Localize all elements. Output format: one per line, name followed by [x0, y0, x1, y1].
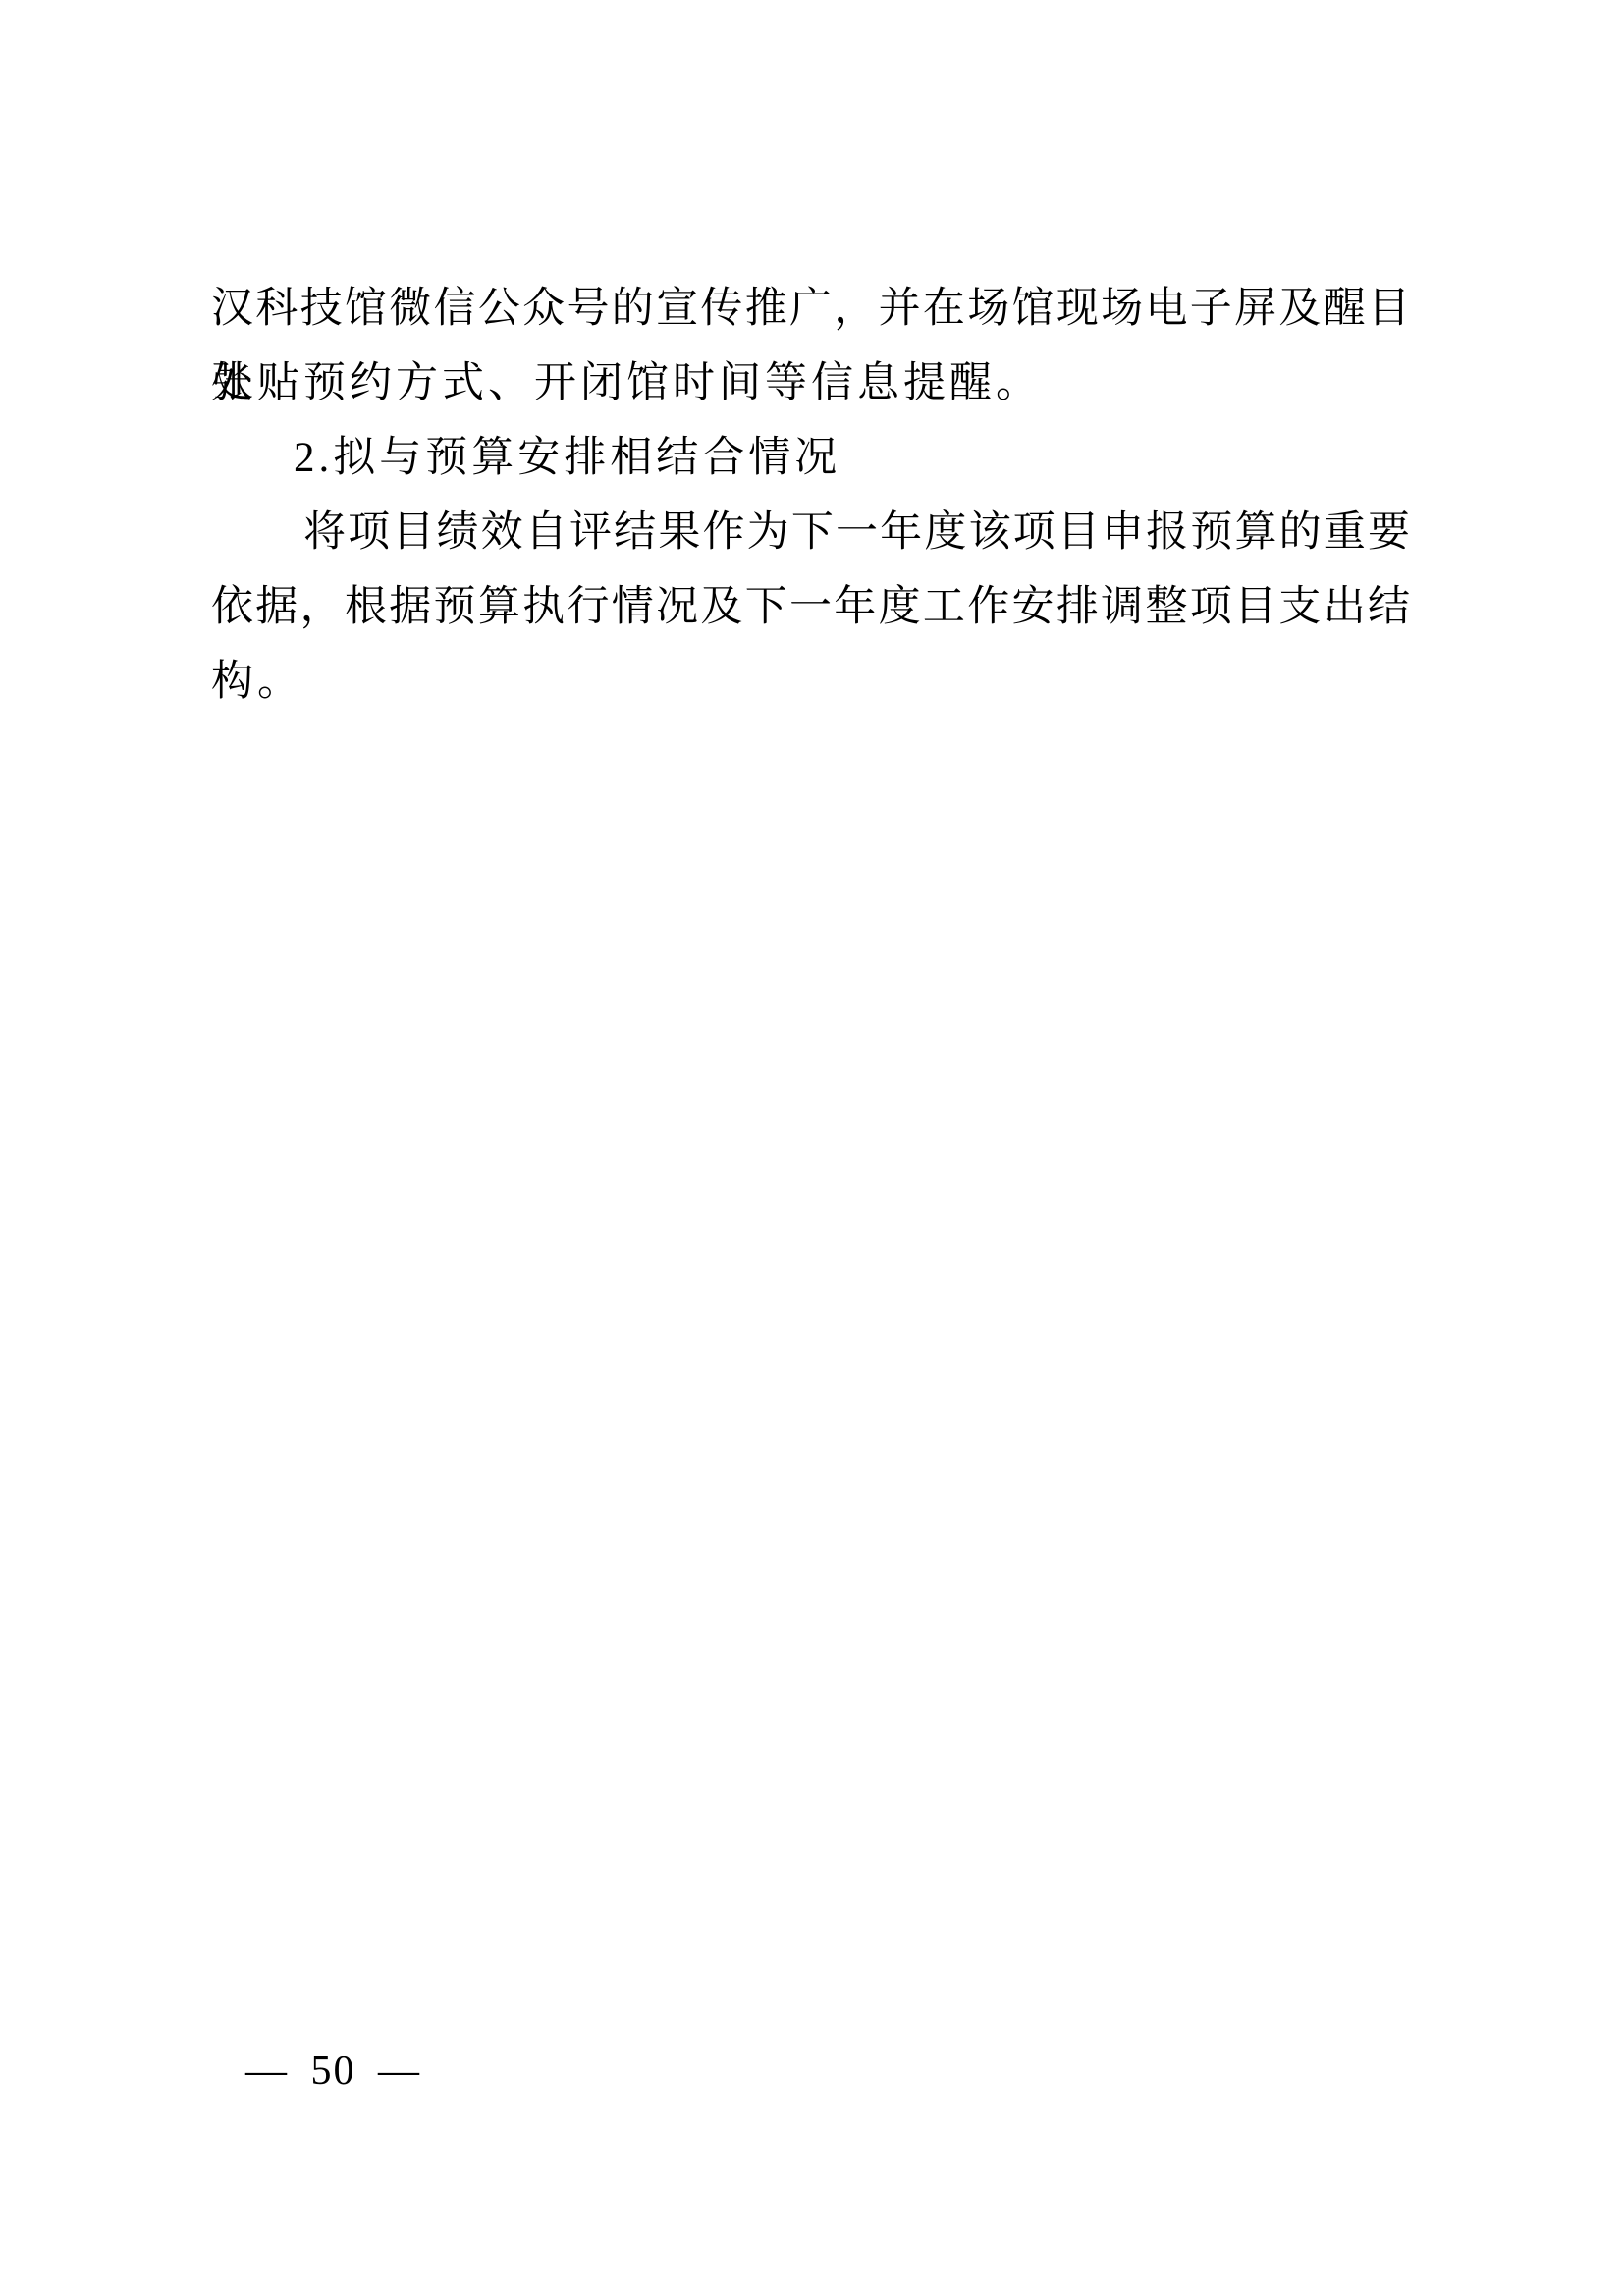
paragraph2-line3: 构。: [211, 645, 1411, 720]
paragraph1-line1: 汉科技馆微信公众号的宣传推广，并在场馆现场电子屏及醒目处: [211, 272, 1411, 347]
page-number: — 50 —: [245, 2048, 421, 2095]
section-heading: 2.拟与预算安排相结合情况: [211, 421, 1411, 496]
paragraph2-line2: 依据，根据预算执行情况及下一年度工作安排调整项目支出结: [211, 570, 1411, 645]
paragraph2-line1: 将项目绩效自评结果作为下一年度该项目申报预算的重要: [211, 496, 1411, 570]
document-page: 汉科技馆微信公众号的宣传推广，并在场馆现场电子屏及醒目处 张贴预约方式、开闭馆时…: [0, 0, 1624, 2296]
document-body: 汉科技馆微信公众号的宣传推广，并在场馆现场电子屏及醒目处 张贴预约方式、开闭馆时…: [211, 272, 1411, 720]
page-number-label: — 50 —: [245, 2049, 421, 2094]
paragraph1-line2: 张贴预约方式、开闭馆时间等信息提醒。: [211, 347, 1411, 421]
